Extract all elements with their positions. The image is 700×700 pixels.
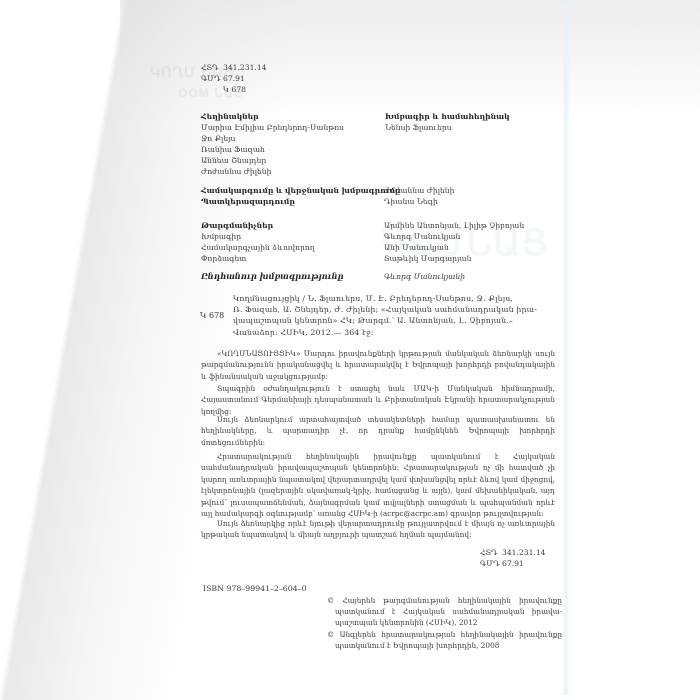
disclaimer-paragraph: Սույն ձեռնարկում արտահայտված տեսակետների… [201, 414, 555, 448]
author-name: Ջո Քլեյս [201, 133, 344, 144]
illustration-value: Դիանա Նեգի [384, 196, 454, 207]
role-value: Գևորգ Մանուկյան [384, 231, 524, 242]
author-name: Ռանիա Ֆազահ [201, 144, 344, 155]
editor-block: Խմբագիր և համահեղինակ Նենսի Ֆլաուերս [385, 111, 510, 133]
coordination-value: Ժոժաննա Ժիլենի [384, 185, 454, 196]
coordination-block: Համակարգումը և վերջնական խմբագրումը Պատկ… [201, 185, 401, 207]
support-paragraph: Տպագրին օժանդակություն է ստացել նաև ՄԱԿ-… [201, 383, 555, 417]
udc-label: ՀՏԴ [201, 62, 223, 73]
translators-value: Արմինե Անտոնյան, Լիլիթ Չիբոյան [384, 220, 524, 231]
udc-value: 341.231.14 [223, 62, 266, 73]
editor-name: Նենսի Ֆլաուերս [385, 122, 510, 133]
general-editing-value: Գևորգ Մանուկյանի [384, 271, 465, 282]
catalog-line: Ռ. Ֆազահ, Ա. Շնեյդեր, Ժ. Ժիլենի; «Հայկակ… [233, 304, 555, 315]
author-name: Ժոժաննա Ժիլենի [201, 166, 344, 177]
role-label: Փորձագետ [201, 253, 315, 264]
udc-label: ՀՏԴ [480, 547, 502, 558]
coordination-heading: Համակարգումը և վերջնական խմբագրումը [201, 185, 401, 196]
translators-block: Թարգմանիչներ Խմբագիր Համակարգչային ձևավո… [201, 220, 315, 264]
role-value: Անի Մանուկյան [384, 242, 524, 253]
authors-heading: Հեղինակներ [201, 111, 344, 122]
author-name: Աննեա Շնայդեր [201, 155, 344, 166]
catalog-line: Կողմնացույցիկ / Ն. Ֆլաուերս, Մ. Է. Բրեդե… [233, 293, 555, 304]
lbc-value: 67.91 [223, 73, 245, 84]
translators-values: Արմինե Անտոնյան, Լիլիթ Չիբոյան Գևորգ Ման… [384, 220, 524, 264]
general-editing-heading: Ընդհանուր խմբագրությունը [201, 271, 344, 282]
classification-block-top: ՀՏԴ 341.231.14 ԳՄԴ 67.91 Կ 678 [201, 62, 266, 95]
role-value: Տաթևիկ Մարգարյան [384, 253, 524, 264]
translators-heading: Թարգմանիչներ [201, 220, 315, 231]
coordination-values: Ժոժաննա Ժիլենի Դիանա Նեգի [384, 185, 454, 207]
lbc-label: ԳՄԴ [201, 73, 223, 84]
author-mark: Կ 678 [223, 84, 246, 95]
copyright-page: ՀՏԴ 341.231.14 ԳՄԴ 67.91 Կ 678 Հեղինակնե… [0, 0, 700, 700]
role-label: Համակարգչային ձևավորող [201, 242, 315, 253]
copyright-notice-translation: © Հայերեն թարգմանության հեղինակային իրավ… [327, 595, 562, 629]
udc-value: 341.231.14 [502, 547, 545, 558]
catalog-mark: Կ 678 [200, 310, 224, 321]
classification-block-bottom: ՀՏԴ 341.231.14 ԳՄԴ 67.91 [480, 547, 545, 569]
lbc-value: 67.91 [502, 558, 524, 569]
copyright-paragraph: Հրատարակության հեղինակային իրավունքը պատ… [201, 451, 555, 519]
copyright-notice-original: © Անգլերեն հրատարակության հեղինակային իր… [327, 629, 562, 651]
authors-block: Հեղինակներ Մարիա Էմիլիա Բրեդերոդ-Սանթոս … [201, 111, 344, 177]
isbn: ISBN 978–99941–2–604–0 [203, 583, 307, 594]
catalog-entry: Կողմնացույցիկ / Ն. Ֆլաուերս, Մ. Է. Բրեդե… [233, 293, 555, 338]
catalog-line: վապաշտպան կենտրոն» ՀԿ; Թարգմ.՝ Ա. Անտոնյ… [233, 315, 555, 326]
role-label: Խմբագիր [201, 231, 315, 242]
editor-heading: Խմբագիր և համահեղինակ [385, 111, 510, 122]
author-name: Մարիա Էմիլիա Բրեդերոդ-Սանթոս [201, 122, 344, 133]
illustration-heading: Պատկերազարդումը [201, 196, 401, 207]
catalog-line: Վանաձոր: ՀՍԻԿ, 2012.— 364 էջ: [233, 327, 555, 338]
support-paragraph: «ԿՈՂՄՆԱՑՈՒՅՑԻԿ» Մարդու իրավունքների կրթո… [201, 348, 555, 382]
reproduction-paragraph: Սույն ձեռնարկից որևէ նյութի վերարտադրում… [201, 518, 555, 541]
lbc-label: ԳՄԴ [480, 558, 502, 569]
